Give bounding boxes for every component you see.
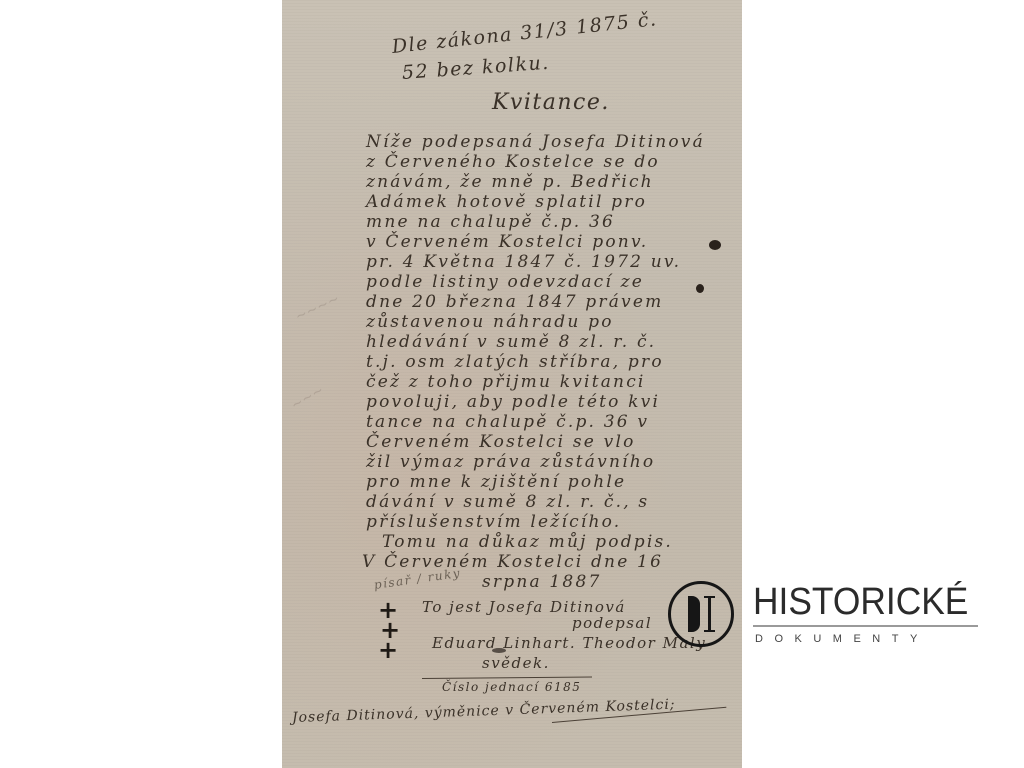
body-line: Níže podepsaná Josefa Ditinová <box>366 132 705 152</box>
logo-mark-d <box>688 596 700 632</box>
header-line-1: Dle zákona 31/3 1875 č. <box>391 8 659 58</box>
body-line: V Červeném Kostelci dne 16 <box>362 552 663 572</box>
signature-line-5: Číslo jednací 6185 <box>442 680 581 694</box>
body-line: mne na chalupě č.p. 36 <box>366 212 615 232</box>
body-line: příslušenstvím ležícího. <box>366 512 621 532</box>
body-line: pro mne k zjištění pohle <box>366 472 626 492</box>
signature-line-3: Eduard Linhart. Theodor Maly <box>432 634 706 652</box>
logo-mark-icon <box>668 581 734 647</box>
signature-cross: + <box>378 638 398 662</box>
body-line: z Červeného Kostelce se do <box>366 152 660 172</box>
header-line-2: 52 bez kolku. <box>401 52 550 84</box>
signature-line-4: svědek. <box>482 654 550 672</box>
body-line: hledávání v sumě 8 zl. r. č. <box>366 332 656 352</box>
body-line: podle listiny odevzdací ze <box>366 272 644 292</box>
document-title: Kvitance. <box>492 90 610 115</box>
body-line: žil výmaz práva zůstávního <box>366 452 655 472</box>
body-line: zůstavenou náhradu po <box>366 312 614 332</box>
body-line: Červeném Kostelci se vlo <box>366 432 636 452</box>
body-line: Adámek hotově splatil pro <box>366 192 647 212</box>
underline-stroke <box>422 677 592 679</box>
footer-line: Josefa Ditinová, výměnice v Červeném Kos… <box>292 697 676 726</box>
body-line: čež z toho přijmu kvitanci <box>366 372 646 392</box>
historicke-dokumenty-logo: HISTORICKÉ DOKUMENTY <box>668 577 978 657</box>
bleed-through-mark: ~~~~ <box>293 291 342 325</box>
signature-line-2: podepsal <box>572 614 652 632</box>
ink-blot <box>696 284 704 293</box>
body-line: pr. 4 Května 1847 č. 1972 uv. <box>366 252 681 272</box>
body-line: v Červeném Kostelci ponv. <box>366 232 648 252</box>
bleed-through-mark: ~~~ <box>288 382 326 413</box>
body-line: Tomu na důkaz můj podpis. <box>382 532 673 552</box>
body-line: srpna 1887 <box>482 572 601 592</box>
body-line: t.j. osm zlatých stříbra, pro <box>366 352 664 372</box>
body-line: tance na chalupě č.p. 36 v <box>366 412 649 432</box>
body-line: povoluji, aby podle této kvi <box>366 392 660 412</box>
ink-blot <box>709 240 721 250</box>
body-line: dávání v sumě 8 zl. r. č., s <box>366 492 649 512</box>
logo-mark-i <box>708 596 711 632</box>
body-line: znávám, že mně p. Bedřich <box>366 172 654 192</box>
logo-subtitle: DOKUMENTY <box>755 634 929 645</box>
body-line: dne 20 března 1847 právem <box>366 292 663 312</box>
logo-divider <box>753 625 978 627</box>
logo-title: HISTORICKÉ <box>753 583 968 621</box>
